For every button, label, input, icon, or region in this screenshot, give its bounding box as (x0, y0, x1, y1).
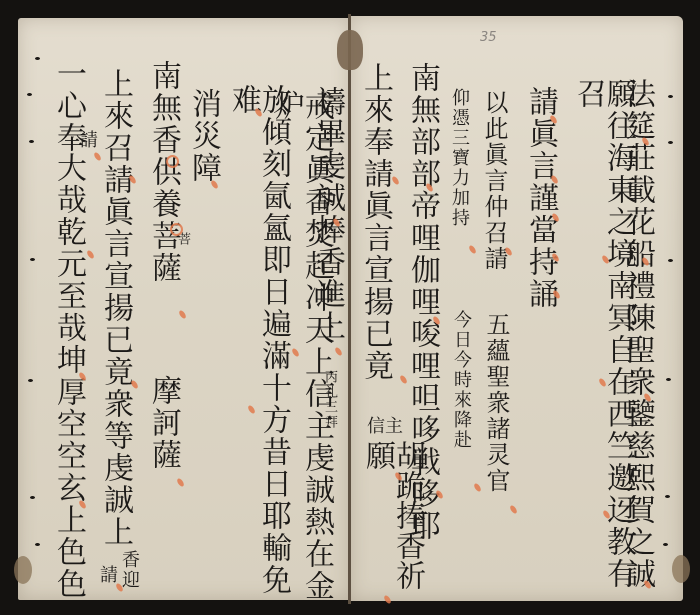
binding-dot (30, 496, 35, 499)
binding-dot (668, 141, 673, 144)
red-circle-mark (166, 155, 179, 168)
text-column: 摩訶薩 (148, 375, 178, 471)
binding-dot (663, 543, 668, 546)
text-column: 上來奉請眞言宣揚已竟 (360, 62, 390, 382)
text-column: 消災障 (188, 88, 218, 184)
binding-dot (30, 258, 35, 261)
binding-dot (35, 57, 40, 60)
red-circle-mark (170, 223, 183, 236)
corner-stain-left (14, 556, 32, 584)
manuscript-spread: 35 法筵莊載花船禮陳聖衆鑒慈熙賀之誠 願往海東之境南冥自在西竺邀迓教有召 請眞… (0, 0, 700, 615)
binding-dot (665, 495, 670, 498)
text-column: 胡跪捧香祈願 (362, 412, 422, 615)
binding-dot (29, 140, 34, 143)
text-column: 今日今時來降赴 (452, 310, 470, 450)
text-column: 放傾刻氤氳即日遍滿十方昔日耶輸免难 (228, 84, 288, 615)
binding-dot (668, 95, 673, 98)
text-annotation: 香迎 (120, 550, 138, 590)
binding-dot (666, 378, 671, 381)
text-column: 五蘊聖衆諸灵官 (484, 312, 508, 494)
text-column: 仰憑三寶力加持 (450, 88, 468, 228)
text-annotation: 請 (98, 565, 116, 585)
binding-dot (28, 379, 33, 382)
text-column: 上來召請眞言宣揚已竟衆等虔誠上 (100, 68, 130, 548)
text-annotation: 請 (78, 130, 96, 150)
binding-dot (668, 259, 673, 262)
binding-dot (27, 93, 32, 96)
text-column: 南無香供養菩薩 (148, 60, 178, 284)
binding-dot (35, 543, 40, 546)
book-fold (348, 14, 351, 604)
text-column: 以此眞言仲召請 (482, 90, 506, 272)
page-number: 35 (480, 30, 497, 45)
text-column: 願往海東之境南冥自在西竺邀迓教有召 (573, 78, 633, 615)
corner-stain-right (672, 555, 690, 583)
